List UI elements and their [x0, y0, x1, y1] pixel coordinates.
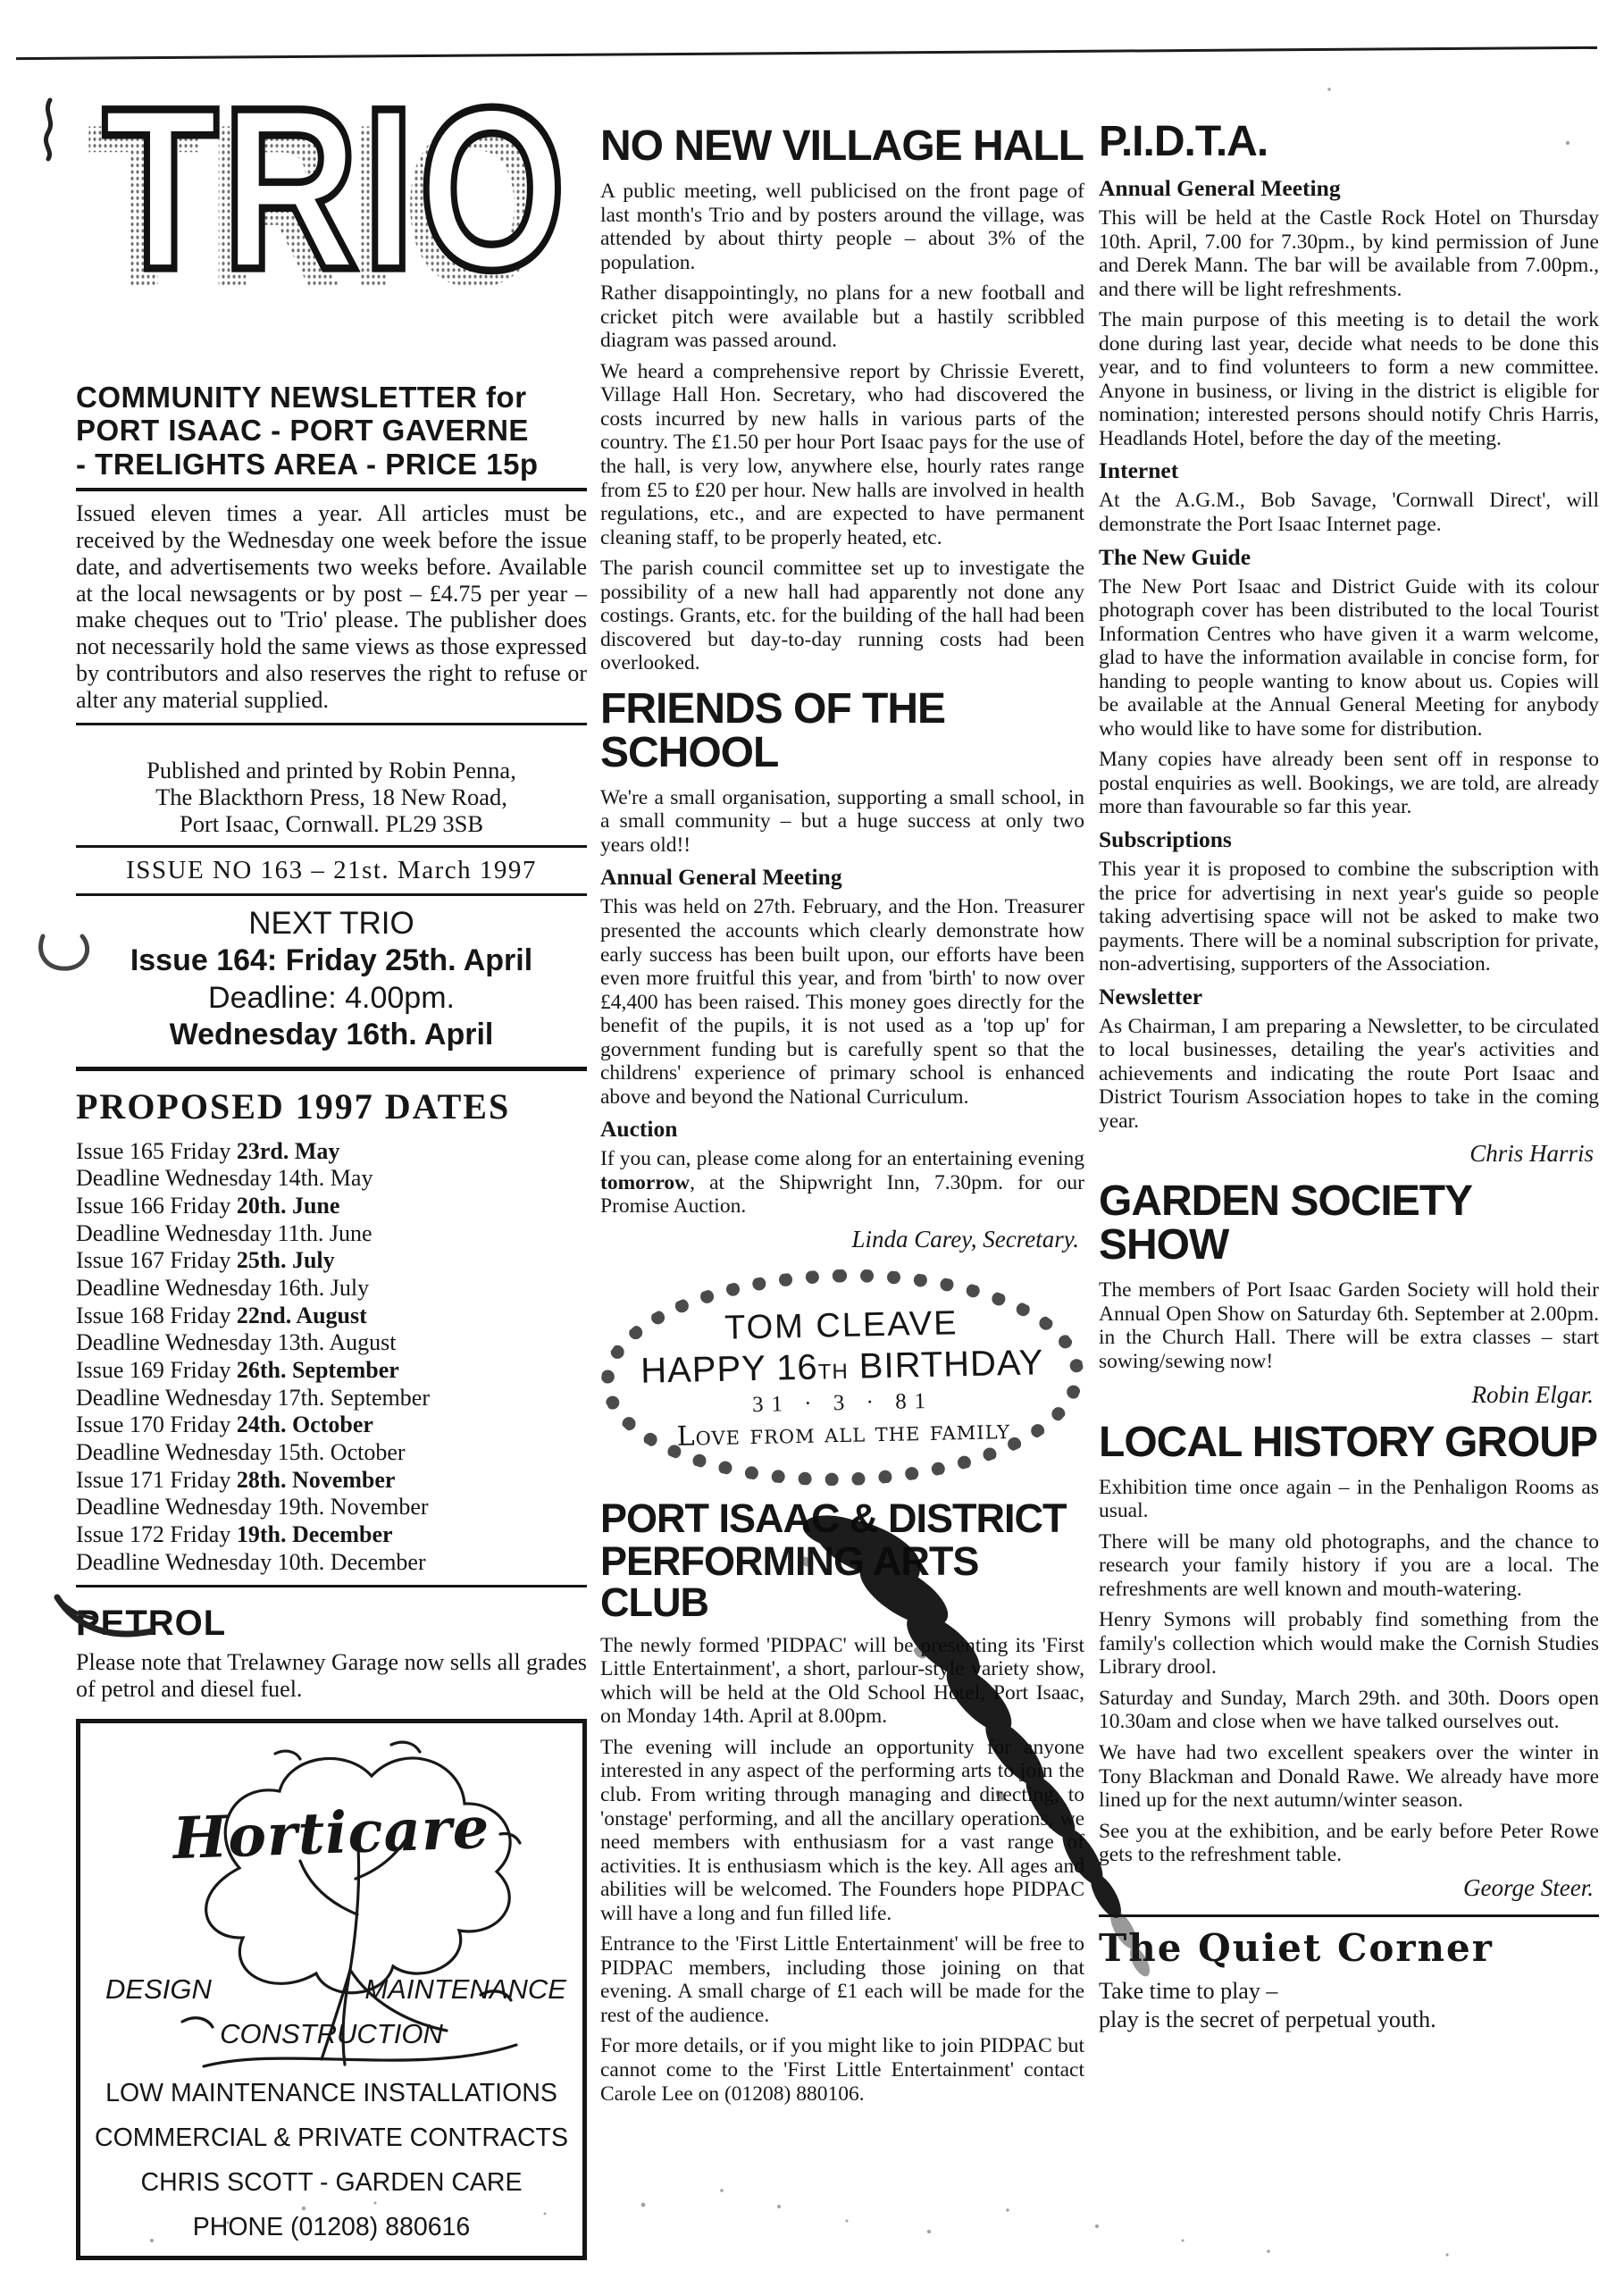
quiet-corner-lines: Take time to play –play is the secret of… — [1099, 1977, 1599, 2035]
friends-auction-subheading: Auction — [600, 1116, 1084, 1143]
horticare-design-label: DESIGN — [105, 1973, 212, 2006]
article-paragraph: A public meeting, well publicised on the… — [600, 180, 1084, 274]
birthday-love-line: Love from all the family — [676, 1414, 1010, 1453]
quiet-corner-line: Take time to play – — [1099, 1977, 1599, 2006]
pidta-internet-paragraphs: At the A.G.M., Bob Savage, 'Cornwall Dir… — [1099, 489, 1599, 536]
horticare-construction-label: CONSTRUCTION — [80, 2018, 582, 2050]
garden-show-signature: Robin Elgar. — [1099, 1381, 1594, 1409]
next-trio-box: NEXT TRIO Issue 164: Friday 25th. April … — [76, 896, 587, 1071]
pidta-signature: Chris Harris — [1099, 1140, 1594, 1168]
friends-signature: Linda Carey, Secretary. — [600, 1226, 1079, 1253]
date-line: Deadline Wednesday 17th. September — [76, 1385, 587, 1412]
date-line: Issue 169 Friday 26th. September — [76, 1357, 587, 1385]
trio-logo-text: TRIO — [103, 73, 569, 305]
masthead-subtitle-line: PORT ISAAC - PORT GAVERNE — [76, 414, 587, 447]
article-paragraph: Henry Symons will probably find somethin… — [1099, 1608, 1599, 1680]
pidta-internet-subheading: Internet — [1099, 457, 1599, 484]
birthday-date: 31 · 3 · 81 — [752, 1388, 934, 1417]
masthead-subtitle: COMMUNITY NEWSLETTER forPORT ISAAC - POR… — [76, 381, 587, 491]
proposed-dates-heading: PROPOSED 1997 DATES — [76, 1085, 587, 1127]
article-paragraph: The main purpose of this meeting is to d… — [1099, 308, 1599, 450]
birthday-name: TOM CLEAVE — [724, 1304, 958, 1347]
article-paragraph: The parish council committee set up to i… — [600, 557, 1084, 675]
date-line: Deadline Wednesday 16th. July — [76, 1275, 587, 1303]
birthday-message-th: TH — [817, 1359, 849, 1384]
friends-agm-paragraph: This was held on 27th. February, and the… — [600, 895, 1084, 1109]
date-line: Deadline Wednesday 19th. November — [76, 1494, 587, 1521]
quiet-corner-heading: The Quiet Corner — [1099, 1926, 1599, 1970]
birthday-message-pre: HAPPY 16 — [640, 1347, 818, 1390]
article-paragraph: Saturday and Sunday, March 29th. and 30t… — [1099, 1687, 1599, 1734]
pidta-subscriptions-subheading: Subscriptions — [1099, 826, 1599, 853]
friends-auction-paragraph: If you can, please come along for an ent… — [600, 1147, 1084, 1219]
article-paragraph: For more details, or if you might like t… — [600, 2034, 1084, 2106]
middle-column: NO NEW VILLAGE HALL A public meeting, we… — [600, 125, 1084, 2113]
pidta-agm-paragraphs: This will be held at the Castle Rock Hot… — [1099, 206, 1599, 450]
next-trio-deadline: Deadline: 4.00pm. — [76, 980, 587, 1017]
friends-school-heading: FRIENDS OF THE SCHOOL — [600, 688, 1084, 775]
article-paragraph: Exhibition time once again – in the Penh… — [1099, 1476, 1599, 1523]
next-trio-heading: NEXT TRIO — [76, 905, 587, 943]
birthday-message-post: BIRTHDAY — [848, 1343, 1044, 1386]
petrol-heading: PETROL — [76, 1604, 587, 1644]
birthday-ad: TOM CLEAVE HAPPY 16TH BIRTHDAY 31 · 3 · … — [600, 1269, 1084, 1486]
publisher-line: The Blackthorn Press, 18 New Road, — [76, 783, 587, 810]
article-paragraph: There will be many old photographs, and … — [1099, 1530, 1599, 1602]
date-line: Deadline Wednesday 11th. June — [76, 1220, 587, 1248]
article-paragraph: At the A.G.M., Bob Savage, 'Cornwall Dir… — [1099, 489, 1599, 536]
divider — [76, 1585, 587, 1587]
publisher-line: Port Isaac, Cornwall. PL29 3SB — [76, 810, 587, 837]
date-line: Issue 171 Friday 28th. November — [76, 1467, 587, 1495]
horticare-ad-lines: LOW MAINTENANCE INSTALLATIONSCOMMERCIAL … — [80, 2079, 582, 2258]
pidpac-heading-line2: PERFORMING ARTS CLUB — [600, 1541, 1084, 1623]
next-trio-deadline-date: Wednesday 16th. April — [76, 1017, 587, 1053]
divider — [1099, 1914, 1599, 1917]
pidpac-heading-line1: PORT ISAAC & DISTRICT — [600, 1498, 1084, 1539]
pidta-agm-subheading: Annual General Meeting — [1099, 175, 1599, 202]
petrol-body: Please note that Trelawney Garage now se… — [76, 1649, 587, 1703]
left-column: TRIO TRIO COMMUNITY NEWSLETTER forPORT I… — [76, 98, 587, 2260]
article-paragraph: We heard a comprehensive report by Chris… — [600, 360, 1084, 549]
friends-school-intro: We're a small organisation, supporting a… — [600, 786, 1084, 858]
date-line: Deadline Wednesday 13th. August — [76, 1329, 587, 1357]
horticare-ad: Horticare DESIGN MAINTENANCE CONSTRUCTIO… — [76, 1719, 587, 2260]
masthead-subtitle-line: COMMUNITY NEWSLETTER for — [76, 381, 587, 414]
pidta-heading: P.I.D.T.A. — [1099, 121, 1599, 164]
pidta-newsletter-paragraphs: As Chairman, I am preparing a Newsletter… — [1099, 1015, 1599, 1134]
birthday-oval: TOM CLEAVE HAPPY 16TH BIRTHDAY 31 · 3 · … — [599, 1264, 1086, 1490]
article-paragraph: We have had two excellent speakers over … — [1099, 1741, 1599, 1813]
horticare-ad-line: CHRIS SCOTT - GARDEN CARE — [80, 2168, 582, 2198]
scan-artifact-line — [16, 46, 1597, 60]
article-paragraph: Entrance to the 'First Little Entertainm… — [600, 1932, 1084, 2027]
article-paragraph: The New Port Isaac and District Guide wi… — [1099, 575, 1599, 741]
article-paragraph: See you at the exhibition, and be early … — [1099, 1820, 1599, 1867]
next-trio-issue: Issue 164: Friday 25th. April — [76, 942, 587, 979]
article-paragraph: This year it is proposed to combine the … — [1099, 858, 1599, 976]
village-hall-article: A public meeting, well publicised on the… — [600, 180, 1084, 675]
article-paragraph: As Chairman, I am preparing a Newsletter… — [1099, 1015, 1599, 1134]
horticare-ad-line: COMMERCIAL & PRIVATE CONTRACTS — [80, 2124, 582, 2153]
friends-agm-subheading: Annual General Meeting — [600, 864, 1084, 891]
horticare-ad-line: LOW MAINTENANCE INSTALLATIONS — [80, 2079, 582, 2108]
pidta-subscriptions-paragraphs: This year it is proposed to combine the … — [1099, 858, 1599, 976]
article-paragraph: The newly formed 'PIDPAC' will be presen… — [600, 1634, 1084, 1729]
history-group-signature: George Steer. — [1099, 1874, 1594, 1902]
masthead-subtitle-line: - TRELIGHTS AREA - PRICE 15p — [76, 448, 587, 481]
birthday-message: HAPPY 16TH BIRTHDAY — [640, 1343, 1044, 1391]
issue-number-line: ISSUE NO 163 – 21st. March 1997 — [76, 848, 587, 896]
date-line: Issue 172 Friday 19th. December — [76, 1521, 587, 1549]
date-line: Issue 170 Friday 24th. October — [76, 1412, 587, 1439]
date-line: Issue 167 Friday 25th. July — [76, 1247, 587, 1275]
history-group-article: Exhibition time once again – in the Penh… — [1099, 1476, 1599, 1867]
garden-show-heading: GARDEN SOCIETY SHOW — [1099, 1180, 1599, 1268]
article-paragraph: The evening will include an opportunity … — [600, 1736, 1084, 1925]
date-line: Issue 165 Friday 23rd. May — [76, 1138, 587, 1166]
article-paragraph: This will be held at the Castle Rock Hot… — [1099, 206, 1599, 301]
horticare-maintenance-label: MAINTENANCE — [364, 1973, 566, 2006]
garden-show-paragraph: The members of Port Isaac Garden Society… — [1099, 1278, 1599, 1373]
article-paragraph: Many copies have already been sent off i… — [1099, 748, 1599, 819]
history-group-heading: LOCAL HISTORY GROUP — [1099, 1421, 1599, 1465]
village-hall-heading: NO NEW VILLAGE HALL — [600, 125, 1084, 169]
newsletter-page: TRIO TRIO COMMUNITY NEWSLETTER forPORT I… — [0, 0, 1624, 2287]
pidta-newguide-paragraphs: The New Port Isaac and District Guide wi… — [1099, 575, 1599, 819]
article-paragraph: Rather disappointingly, no plans for a n… — [600, 281, 1084, 353]
date-line: Deadline Wednesday 15th. October — [76, 1439, 587, 1467]
quiet-corner-line: play is the secret of perpetual youth. — [1099, 2006, 1599, 2035]
horticare-ad-line: PHONE (01208) 880616 — [80, 2213, 582, 2242]
trio-logo: TRIO TRIO — [76, 98, 587, 366]
pidta-newguide-subheading: The New Guide — [1099, 544, 1599, 571]
right-column: P.I.D.T.A. Annual General Meeting This w… — [1099, 121, 1599, 2035]
date-line: Issue 168 Friday 22nd. August — [76, 1303, 587, 1330]
publisher-block: Published and printed by Robin Penna,The… — [76, 749, 587, 848]
masthead-intro: Issued eleven times a year. All articles… — [76, 500, 587, 725]
date-line: Deadline Wednesday 14th. May — [76, 1165, 587, 1193]
date-line: Deadline Wednesday 10th. December — [76, 1549, 587, 1577]
pidta-newsletter-subheading: Newsletter — [1099, 984, 1599, 1010]
pidpac-article: The newly formed 'PIDPAC' will be presen… — [600, 1634, 1084, 2106]
proposed-dates-list: Issue 165 Friday 23rd. MayDeadline Wedne… — [76, 1138, 587, 1577]
date-line: Issue 166 Friday 20th. June — [76, 1193, 587, 1220]
publisher-line: Published and printed by Robin Penna, — [76, 757, 587, 783]
